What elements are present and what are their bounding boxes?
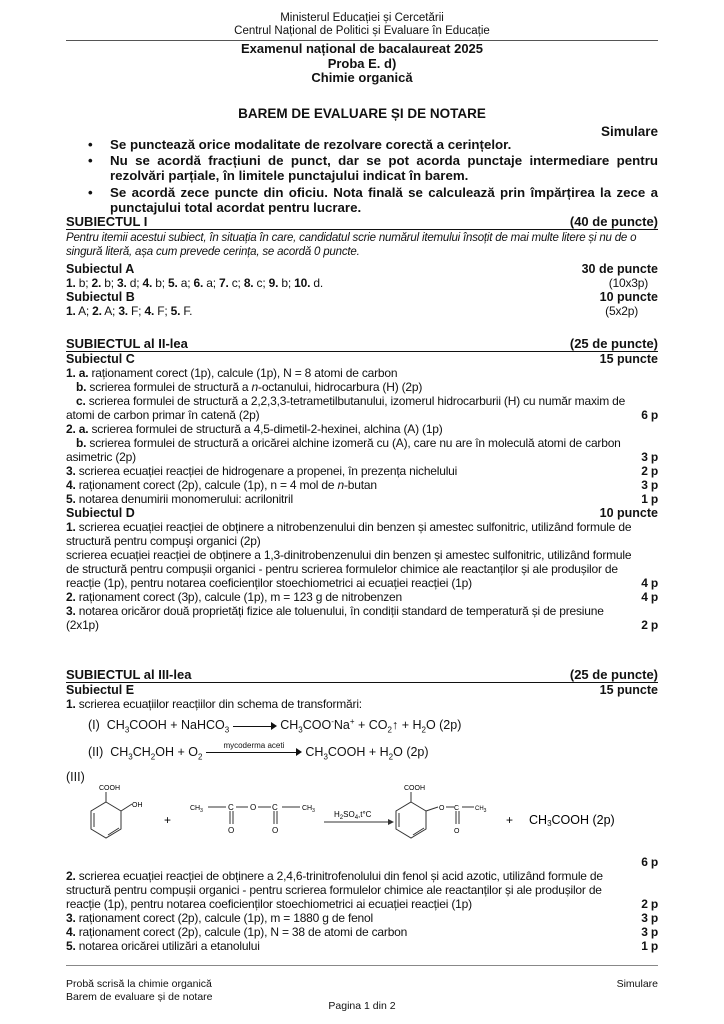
- list-item: 3. notarea oricăror două proprietăți fiz…: [66, 604, 658, 632]
- subiectul-c-header: Subiectul C 15 puncte: [66, 352, 658, 366]
- subiectul-a-header: Subiectul A 30 de puncte: [66, 262, 658, 276]
- ministry-name: Ministerul Educației și Cercetării: [66, 12, 658, 25]
- page-number: Pagina 1 din 2: [66, 1000, 658, 1012]
- subiectul-c-items: 1. a. raționament corect (1p), calcule (…: [66, 366, 658, 506]
- list-item: 3. scrierea ecuației reacției de hidroge…: [66, 464, 658, 478]
- list-item: 3. raționament corect (2p), calcule (1p)…: [66, 911, 658, 925]
- center-name: Centrul Național de Politici și Evaluare…: [66, 25, 658, 38]
- item-points: 2 p: [633, 897, 658, 911]
- answer-key-a: 1. b; 2. b; 3. d; 4. b; 5. a; 6. a; 7. c…: [66, 276, 323, 290]
- svg-text:O: O: [454, 828, 460, 835]
- subiectul-2-header: SUBIECTUL al II-lea (25 de puncte): [66, 337, 658, 352]
- item-points: 4 p: [633, 590, 658, 604]
- list-item: 4. raționament corect (2p), calcule (1p)…: [66, 478, 658, 492]
- subiectul-b-answers: 1. A; 2. A; 3. F; 4. F; 5. F. (5x2p): [66, 304, 658, 318]
- svg-text:C: C: [272, 803, 278, 812]
- aspirin-structure: [396, 792, 474, 838]
- item-points: 3 p: [633, 478, 658, 492]
- instruction-bullet: •Se punctează orice modalitate de rezolv…: [66, 137, 658, 152]
- proba-title: Proba E. d): [66, 57, 658, 72]
- subiectul-d-header: Subiectul D 10 puncte: [66, 506, 658, 520]
- item-points: 3 p: [633, 450, 658, 464]
- svg-text:O: O: [439, 805, 445, 812]
- answer-key-b: 1. A; 2. A; 3. F; 4. F; 5. F.: [66, 304, 192, 318]
- exam-titles: Examenul național de bacalaureat 2025 Pr…: [66, 42, 658, 86]
- list-item: b. scrierea formulei de structură a n-oc…: [66, 380, 658, 394]
- svg-text:O: O: [228, 826, 234, 835]
- bullet-icon: •: [88, 153, 93, 168]
- subiectul-e-items: 2. scrierea ecuației reacției de obținer…: [66, 869, 658, 953]
- svg-text:C: C: [454, 805, 459, 812]
- list-item: scrierea ecuației reacției de obținere a…: [66, 548, 658, 590]
- subiectul-3: SUBIECTUL al III-lea (25 de puncte) Subi…: [66, 668, 658, 953]
- item-points: 2 p: [633, 618, 658, 632]
- general-instructions: •Se punctează orice modalitate de rezolv…: [66, 137, 658, 216]
- item-points: 3 p: [633, 911, 658, 925]
- svg-text:O: O: [250, 803, 256, 812]
- svg-text:+: +: [506, 813, 513, 827]
- subiectul-a-answers: 1. b; 2. b; 3. d; 4. b; 5. a; 6. a; 7. c…: [66, 276, 658, 290]
- item1-points: 6 p: [66, 855, 658, 869]
- item-points: 1 p: [633, 492, 658, 506]
- footer-simulare: Simulare: [617, 978, 658, 991]
- item-points: 1 p: [633, 939, 658, 953]
- footer-probe: Probă scrisă la chimie organică: [66, 978, 212, 991]
- list-item: 1. scrierea ecuației reacției de obținer…: [66, 520, 658, 548]
- product-acetic-acid: CH3COOH (2p): [529, 813, 615, 828]
- bullet-icon: •: [88, 185, 93, 200]
- svg-text:C: C: [228, 803, 234, 812]
- item-points: 6 p: [633, 408, 658, 422]
- header-institution: Ministerul Educației și Cercetării Centr…: [66, 12, 658, 38]
- reaction-arrow: [233, 721, 277, 731]
- svg-text:CH3: CH3: [475, 806, 487, 814]
- svg-text:CH3: CH3: [190, 805, 203, 814]
- subiectul-1-header: SUBIECTUL I (40 de puncte): [66, 215, 658, 230]
- svg-text:COOH: COOH: [99, 785, 120, 792]
- list-item: 2. raționament corect (3p), calcule (1p)…: [66, 590, 658, 604]
- item-points: 3 p: [633, 925, 658, 939]
- list-item: 1. a. raționament corect (1p), calcule (…: [66, 366, 658, 380]
- reaction-arrow: mycoderma aceti: [206, 747, 302, 757]
- list-item: 5. notarea denumirii monomerului: acrilo…: [66, 492, 658, 506]
- subiectul-2: SUBIECTUL al II-lea (25 de puncte) Subie…: [66, 337, 658, 632]
- bullet-icon: •: [88, 137, 93, 152]
- svg-text:O: O: [272, 826, 278, 835]
- equation-1: (I) CH3COOH + NaHCO3 CH3COO-Na+ + CO2↑ +…: [66, 713, 658, 740]
- list-item: b. scrierea formulei de structură a oric…: [66, 436, 658, 464]
- list-item: 2. scrierea ecuației reacției de obținer…: [66, 869, 658, 911]
- list-item: 5. notarea oricărei utilizări a etanolul…: [66, 939, 658, 953]
- subiectul-d-items: 1. scrierea ecuației reacției de obținer…: [66, 520, 658, 632]
- subiectul-1-note: Pentru itemii acestui subiect, în situaț…: [66, 232, 658, 259]
- item-points: 4 p: [633, 576, 658, 590]
- list-item: 2. a. scrierea formulei de structură a 4…: [66, 422, 658, 436]
- footer-divider: [66, 965, 658, 966]
- barem-title: BAREM DE EVALUARE ȘI DE NOTARE: [66, 106, 658, 121]
- equation-2: (II) CH3CH2OH + O2 mycoderma aceti CH3CO…: [66, 743, 658, 767]
- instruction-bullet: •Nu se acordă fracțiuni de punct, dar se…: [66, 153, 658, 183]
- svg-text:COOH: COOH: [404, 785, 425, 792]
- subiectul-e-header: Subiectul E 15 puncte: [66, 683, 658, 697]
- subiectul-1: SUBIECTUL I (40 de puncte) Pentru itemii…: [66, 215, 658, 318]
- subiectul-b-header: Subiectul B 10 puncte: [66, 290, 658, 304]
- svg-text:+: +: [164, 813, 171, 827]
- item-points: 2 p: [633, 464, 658, 478]
- instruction-bullet: •Se acordă zece puncte din oficiu. Nota …: [66, 185, 658, 215]
- catalyst-label: H2SO4,t°C: [334, 810, 372, 821]
- svg-text:CH3: CH3: [302, 805, 315, 814]
- equation-3-structures: COOH OH + CH3 C O C CH3 O O: [66, 780, 658, 855]
- list-item: 4. raționament corect (2p), calcule (1p)…: [66, 925, 658, 939]
- subiectul-e-item1-intro: 1. scrierea ecuațiilor reacțiilor din sc…: [66, 697, 658, 711]
- exam-title: Examenul național de bacalaureat 2025: [66, 42, 658, 57]
- subiectul-3-header: SUBIECTUL al III-lea (25 de puncte): [66, 668, 658, 683]
- salicylic-acid-structure: [91, 792, 132, 838]
- svg-text:OH: OH: [132, 802, 143, 809]
- list-item: c. scrierea formulei de structură a 2,2,…: [66, 394, 658, 422]
- subject-title: Chimie organică: [66, 71, 658, 86]
